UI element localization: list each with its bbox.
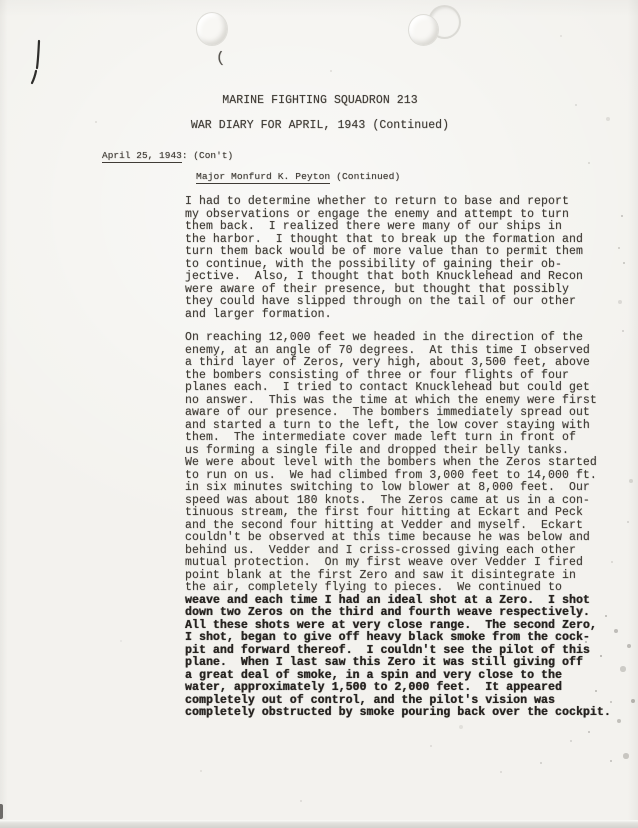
document-title-line1: MARINE FIGHTING SQUADRON 213 bbox=[0, 95, 638, 107]
diary-paragraph-1: I had to determine whether to return to … bbox=[185, 196, 623, 321]
handwritten-pen-mark-icon bbox=[26, 36, 48, 93]
hole-punch-left-icon bbox=[196, 12, 228, 46]
diary-paragraph-2: On reaching 12,000 feet we headed in the… bbox=[185, 332, 623, 720]
officer-heading-suffix: (Continued) bbox=[330, 171, 400, 182]
document-title-line2: WAR DIARY FOR APRIL, 1943 (Continued) bbox=[0, 120, 638, 132]
date-entry-heading: April 25, 1943: (Con't) bbox=[102, 150, 233, 161]
officer-heading: Major Monfurd K. Peyton (Continued) bbox=[196, 171, 400, 182]
date-entry-suffix: : (Con't) bbox=[182, 150, 233, 161]
diary-paragraph-2-heavy: weave and each time I had an ideal shot … bbox=[185, 594, 611, 720]
scanned-document-page: ( MARINE FIGHTING SQUADRON 213 WAR DIARY… bbox=[0, 0, 638, 828]
scan-bottom-edge bbox=[0, 820, 638, 828]
hole-punch-right-icon bbox=[408, 14, 439, 46]
stray-typed-parenthesis: ( bbox=[215, 50, 225, 68]
officer-name: Major Monfurd K. Peyton bbox=[196, 171, 330, 184]
date-entry-date: April 25, 1943 bbox=[102, 150, 182, 163]
scan-edge-mark bbox=[0, 804, 3, 819]
scan-noise-speckles bbox=[0, 0, 2, 2]
diary-paragraph-2-normal: On reaching 12,000 feet we headed in the… bbox=[185, 331, 597, 594]
diary-body: I had to determine whether to return to … bbox=[185, 196, 623, 731]
